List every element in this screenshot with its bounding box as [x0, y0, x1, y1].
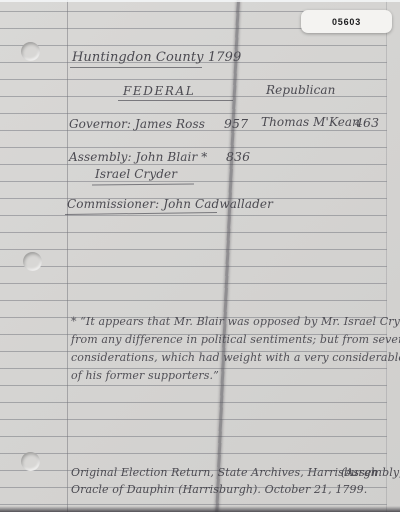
- citation-line-1: Original Election Return, State Archives…: [71, 466, 378, 479]
- title-underline: [70, 67, 202, 68]
- ruled-lines: [0, 0, 387, 512]
- left-margin-line: [67, 0, 68, 512]
- citation-line-2: Oracle of Dauphin (Harrisburgh). October…: [71, 483, 367, 496]
- governor-republican-candidate: Thomas M'Kean: [261, 115, 360, 129]
- top-paper-edge: [0, 0, 400, 2]
- federal-underline: [118, 100, 233, 101]
- governor-republican-votes: 463: [355, 115, 379, 130]
- bottom-scan-edge: [0, 506, 400, 512]
- governor-row-label: Governor: James Ross: [69, 117, 205, 131]
- assembly-votes: 836: [226, 149, 250, 164]
- footnote-line-2: from any difference in political sentime…: [71, 331, 400, 349]
- footnote-line-4: of his former supporters.”: [71, 367, 400, 385]
- right-paper-edge: [386, 0, 387, 512]
- footnote-line-1: * “It appears that Mr. Blair was opposed…: [71, 313, 400, 331]
- governor-federal-votes: 957: [224, 116, 248, 131]
- assembly-row-label: Assembly: John Blair *: [69, 150, 207, 164]
- column-header-republican: Republican: [266, 83, 336, 97]
- footnote-line-3: considerations, which had weight with a …: [71, 349, 400, 367]
- footnote-paragraph: * “It appears that Mr. Blair was opposed…: [71, 313, 400, 385]
- citation-line-1-suffix: (Assembly): [341, 466, 400, 479]
- catalog-number-label: 05603: [301, 10, 392, 33]
- punch-hole-bottom: [21, 452, 40, 471]
- punch-hole-middle: [23, 252, 42, 271]
- column-header-federal: FEDERAL: [123, 84, 195, 98]
- punch-hole-top: [21, 42, 40, 61]
- commissioner-row-label: Commissioner: John Cadwallader: [67, 197, 273, 211]
- assembly-second-candidate: Israel Cryder: [95, 167, 177, 181]
- scanned-notebook-page: 05603 Huntingdon County 1799 FEDERAL Rep…: [0, 0, 400, 512]
- page-title: Huntingdon County 1799: [72, 50, 241, 65]
